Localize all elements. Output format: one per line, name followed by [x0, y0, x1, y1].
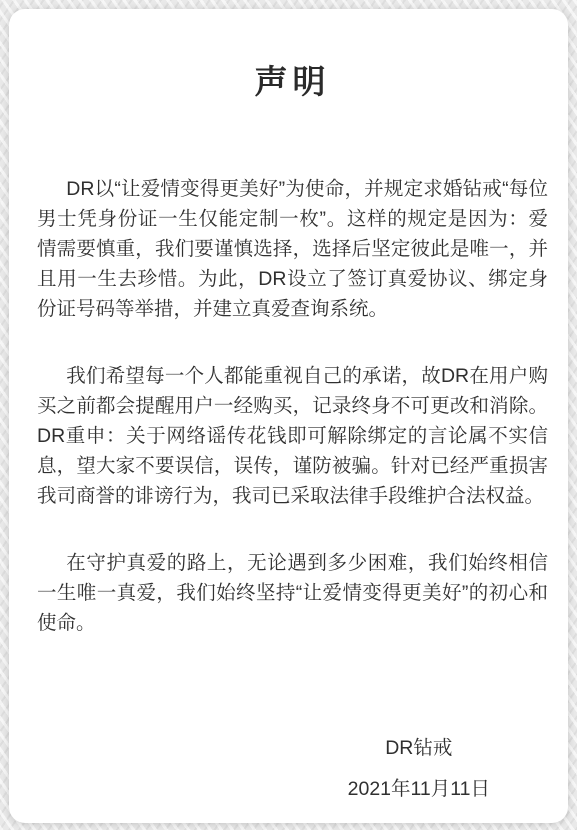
statement-card: 声明 DR以“让爱情变得更美好”为使命，并规定求婚钻戒“每位男士凭身份证一生仅能…	[9, 9, 568, 823]
signature-block: DR钻戒 2021年11月11日	[348, 733, 490, 804]
statement-title: 声明	[37, 61, 548, 104]
signature-date: 2021年11月11日	[348, 774, 490, 804]
statement-paragraph-2: 我们希望每一个人都能重视自己的承诺，故DR在用户购买之前都会提醒用户一经购买，记…	[37, 361, 548, 511]
statement-body: DR以“让爱情变得更美好”为使命，并规定求婚钻戒“每位男士凭身份证一生仅能定制一…	[37, 174, 548, 638]
signature-name: DR钻戒	[348, 733, 490, 763]
statement-paragraph-3: 在守护真爱的路上，无论遇到多少困难，我们始终相信一生唯一真爱，我们始终坚持“让爱…	[37, 548, 548, 638]
statement-paragraph-1: DR以“让爱情变得更美好”为使命，并规定求婚钻戒“每位男士凭身份证一生仅能定制一…	[37, 174, 548, 324]
